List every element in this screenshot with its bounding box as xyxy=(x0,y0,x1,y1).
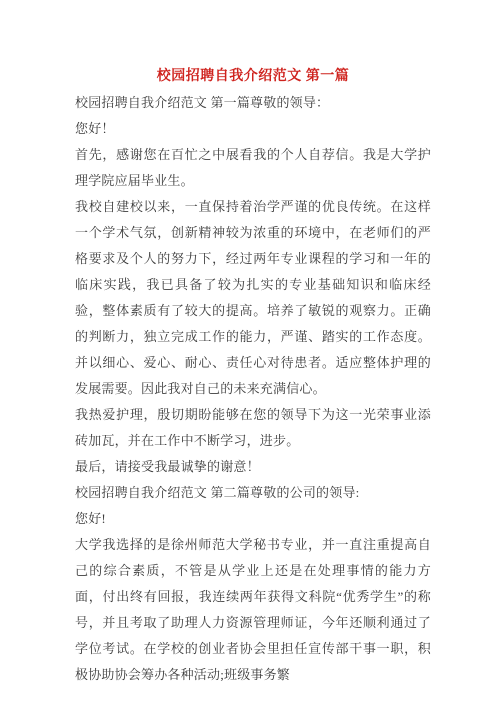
paragraph-aspiration: 我热爱护理，殷切期盼能够在您的领导下为这一光荣事业添砖加瓦，并在工作中不断学习，… xyxy=(75,402,431,454)
paragraph-intro-1: 首先，感谢您在百忙之中展看我的个人自荐信。我是大学护理学院应届毕业生。 xyxy=(75,142,431,194)
document-page: 校园招聘自我介绍范文 第一篇 校园招聘自我介绍范文 第一篇尊敬的领导： 您好！ … xyxy=(0,0,500,707)
paragraph-intro-2: 大学我选择的是徐州师范大学秘书专业，并一直注重提高自己的综合素质，不管是从学业上… xyxy=(75,532,431,688)
paragraph-salutation-1: 校园招聘自我介绍范文 第一篇尊敬的领导： xyxy=(75,90,431,116)
paragraph-closing-thanks: 最后，请接受我最诚挚的谢意！ xyxy=(75,454,431,480)
document-title: 校园招聘自我介绍范文 第一篇 xyxy=(75,64,431,90)
paragraph-greeting-1: 您好！ xyxy=(75,116,431,142)
paragraph-greeting-2: 您好! xyxy=(75,506,431,532)
document-body: 校园招聘自我介绍范文 第一篇尊敬的领导： 您好！ 首先，感谢您在百忙之中展看我的… xyxy=(75,90,431,688)
paragraph-salutation-2: 校园招聘自我介绍范文 第二篇尊敬的公司的领导: xyxy=(75,480,431,506)
paragraph-school-experience: 我校自建校以来，一直保持着治学严谨的优良传统。在这样一个学术气氛，创新精神较为浓… xyxy=(75,194,431,402)
document-content: 校园招聘自我介绍范文 第一篇 校园招聘自我介绍范文 第一篇尊敬的领导： 您好！ … xyxy=(75,64,431,688)
